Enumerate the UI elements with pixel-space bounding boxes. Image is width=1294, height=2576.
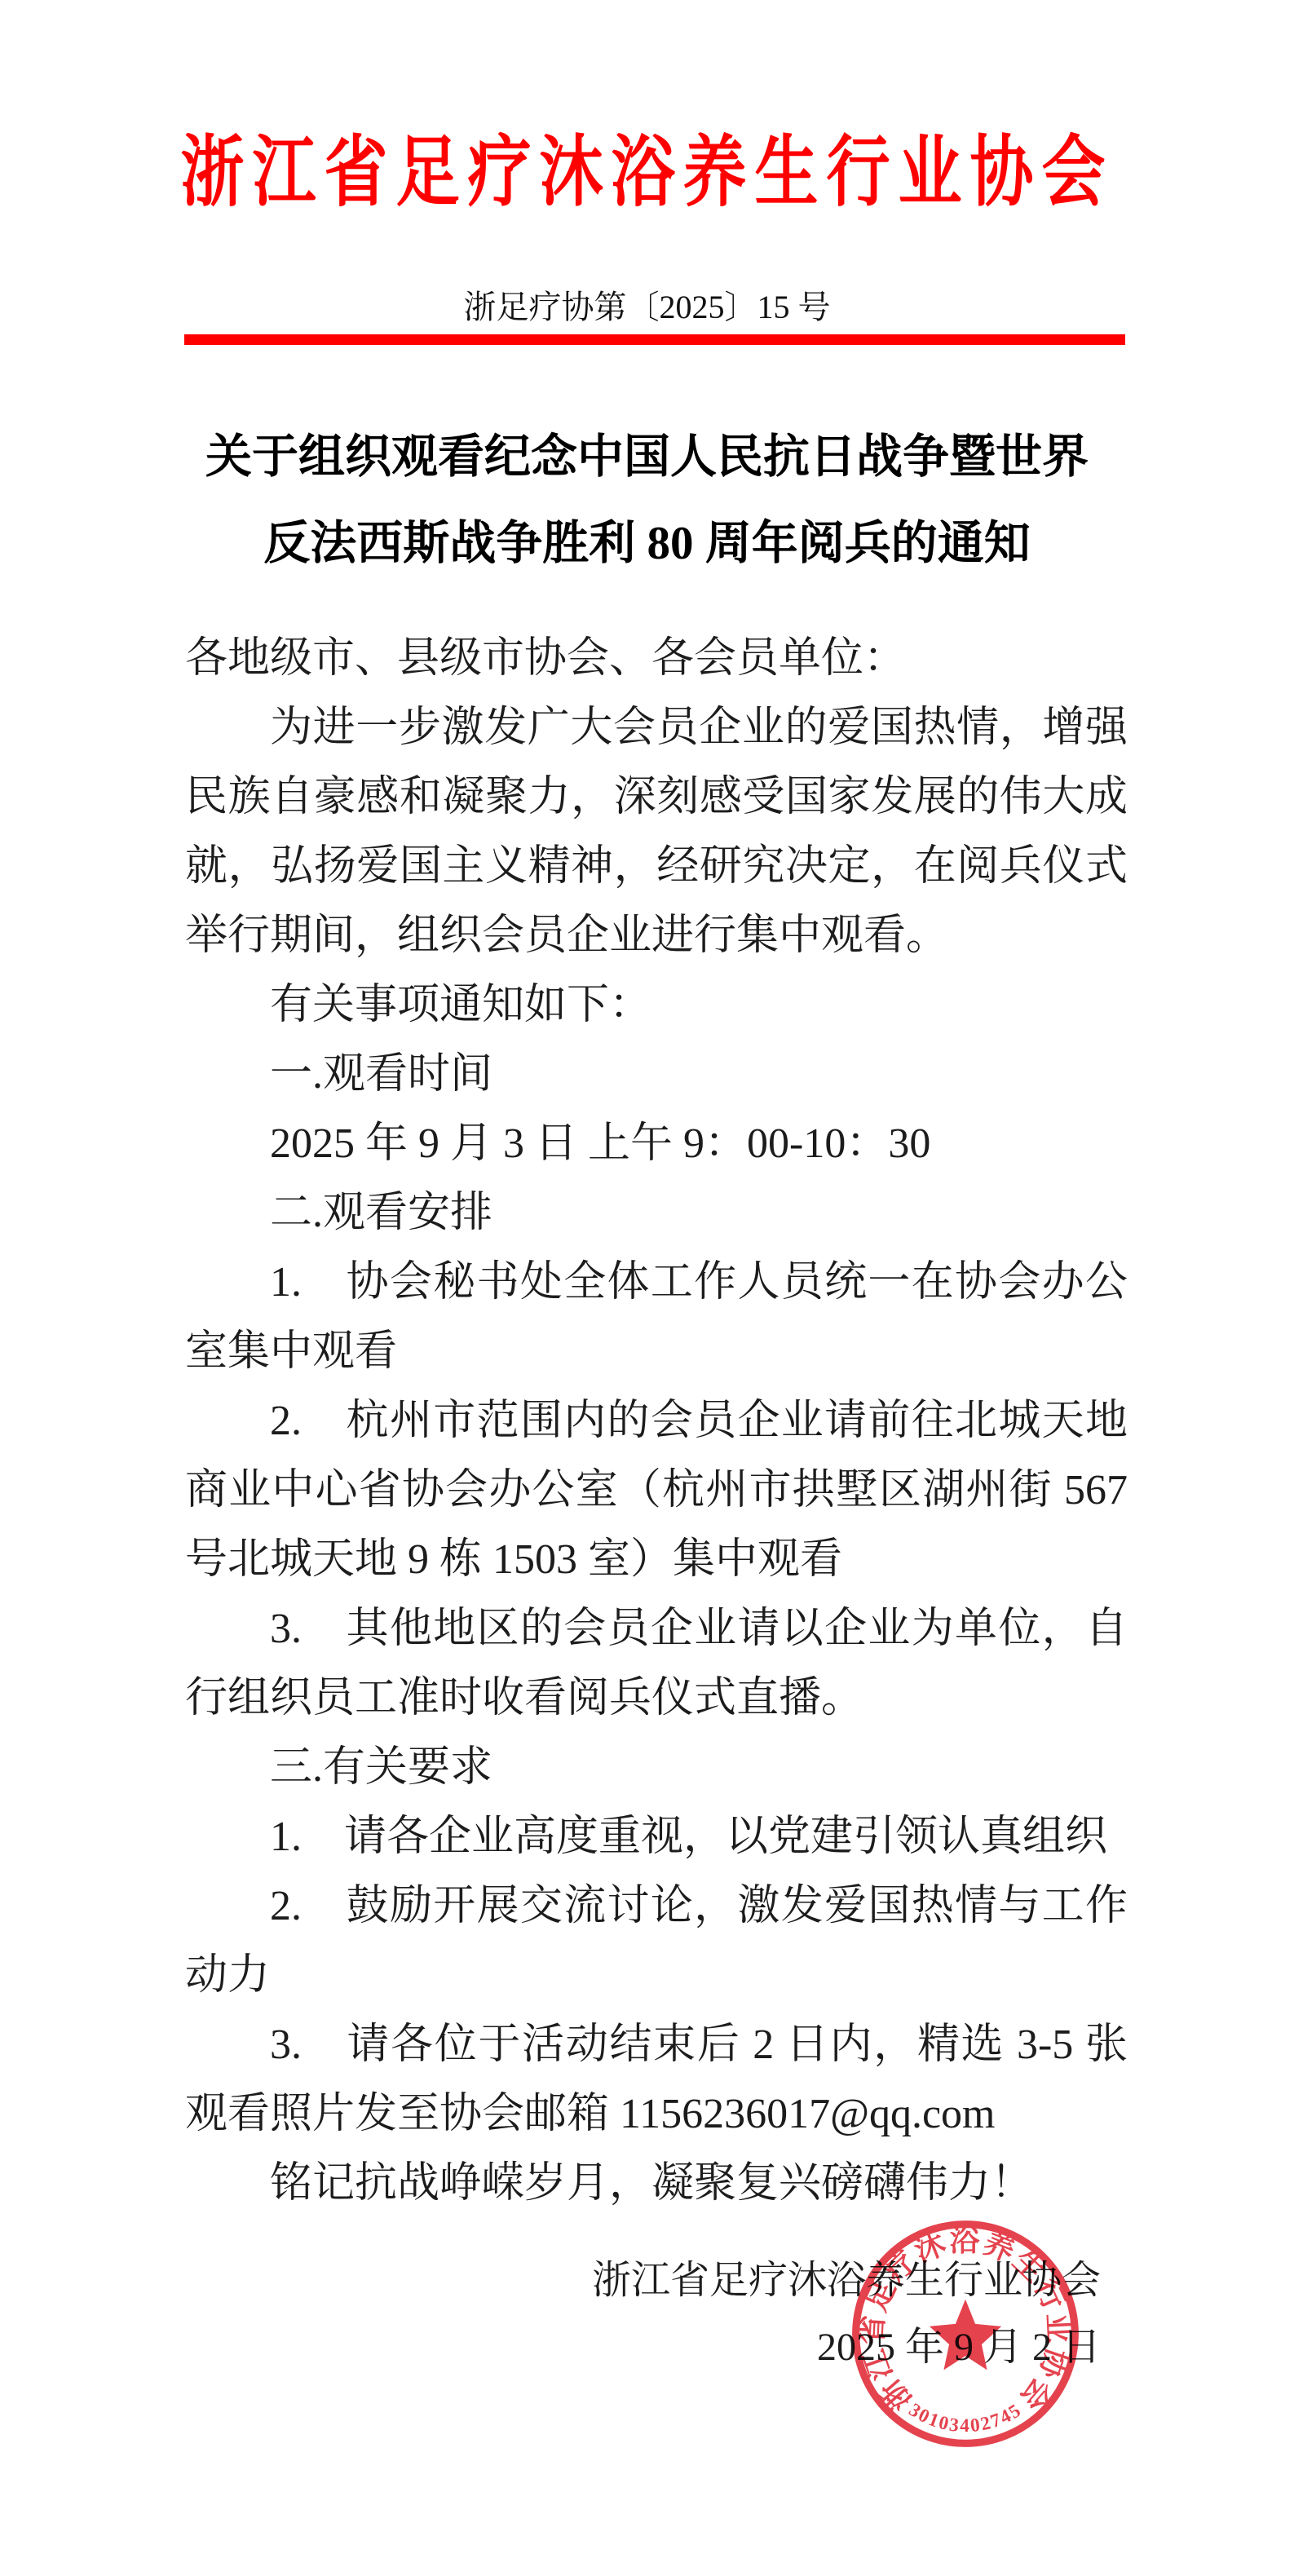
paragraph-lead-in: 有关事项通知如下：: [185, 970, 1128, 1040]
notice-body: 各地级市、县级市协会、各会员单位： 为进一步激发广大会员企业的爱国热情，增强民族…: [185, 624, 1128, 2218]
requirement-item-3: 3. 请各位于活动结束后 2 日内，精选 3-5 张观看照片发至协会邮箱 115…: [185, 2010, 1128, 2149]
notice-title-line2: 反法西斯战争胜利 80 周年阅兵的通知: [98, 501, 1196, 587]
arrangement-item-2: 2. 杭州市范围内的会员企业请前往北城天地商业中心省协会办公室（杭州市拱墅区湖州…: [185, 1386, 1128, 1594]
requirement-item-1: 1. 请各企业高度重视，以党建引领认真组织: [185, 1802, 1128, 1871]
closing-slogan: 铭记抗战峥嵘岁月，凝聚复兴磅礴伟力！: [185, 2149, 1128, 2218]
letterhead-org-name: 浙江省足疗沐浴养生行业协会: [0, 111, 1294, 234]
notice-title-line1: 关于组织观看纪念中国人民抗日战争暨世界: [98, 414, 1196, 501]
doc-number: 浙足疗协第〔2025〕15 号: [0, 287, 1294, 328]
paragraph-intro: 为进一步激发广大会员企业的爱国热情，增强民族自豪感和凝聚力，深刻感受国家发展的伟…: [185, 693, 1128, 970]
notice-title: 关于组织观看纪念中国人民抗日战争暨世界 反法西斯战争胜利 80 周年阅兵的通知: [98, 414, 1196, 587]
salutation: 各地级市、县级市协会、各会员单位：: [185, 624, 1128, 693]
red-divider-rule: [184, 334, 1125, 345]
watch-time: 2025 年 9 月 3 日 上午 9：00-10：30: [185, 1109, 1128, 1178]
seal-star-icon: [930, 2300, 1001, 2371]
official-seal: 浙江省足疗沐浴养生行业协会 3301034027456: [846, 2215, 1084, 2453]
section-1-heading: 一.观看时间: [185, 1040, 1128, 1109]
section-2-heading: 二.观看安排: [185, 1178, 1128, 1248]
section-3-heading: 三.有关要求: [185, 1733, 1128, 1802]
arrangement-item-3: 3. 其他地区的会员企业请以企业为单位，自行组织员工准时收看阅兵仪式直播。: [185, 1594, 1128, 1733]
requirement-item-2: 2. 鼓励开展交流讨论，激发爱国热情与工作动力: [185, 1871, 1128, 2010]
arrangement-item-1: 1. 协会秘书处全体工作人员统一在协会办公室集中观看: [185, 1248, 1128, 1386]
document-page: 浙江省足疗沐浴养生行业协会 浙足疗协第〔2025〕15 号 关于组织观看纪念中国…: [0, 0, 1294, 2576]
